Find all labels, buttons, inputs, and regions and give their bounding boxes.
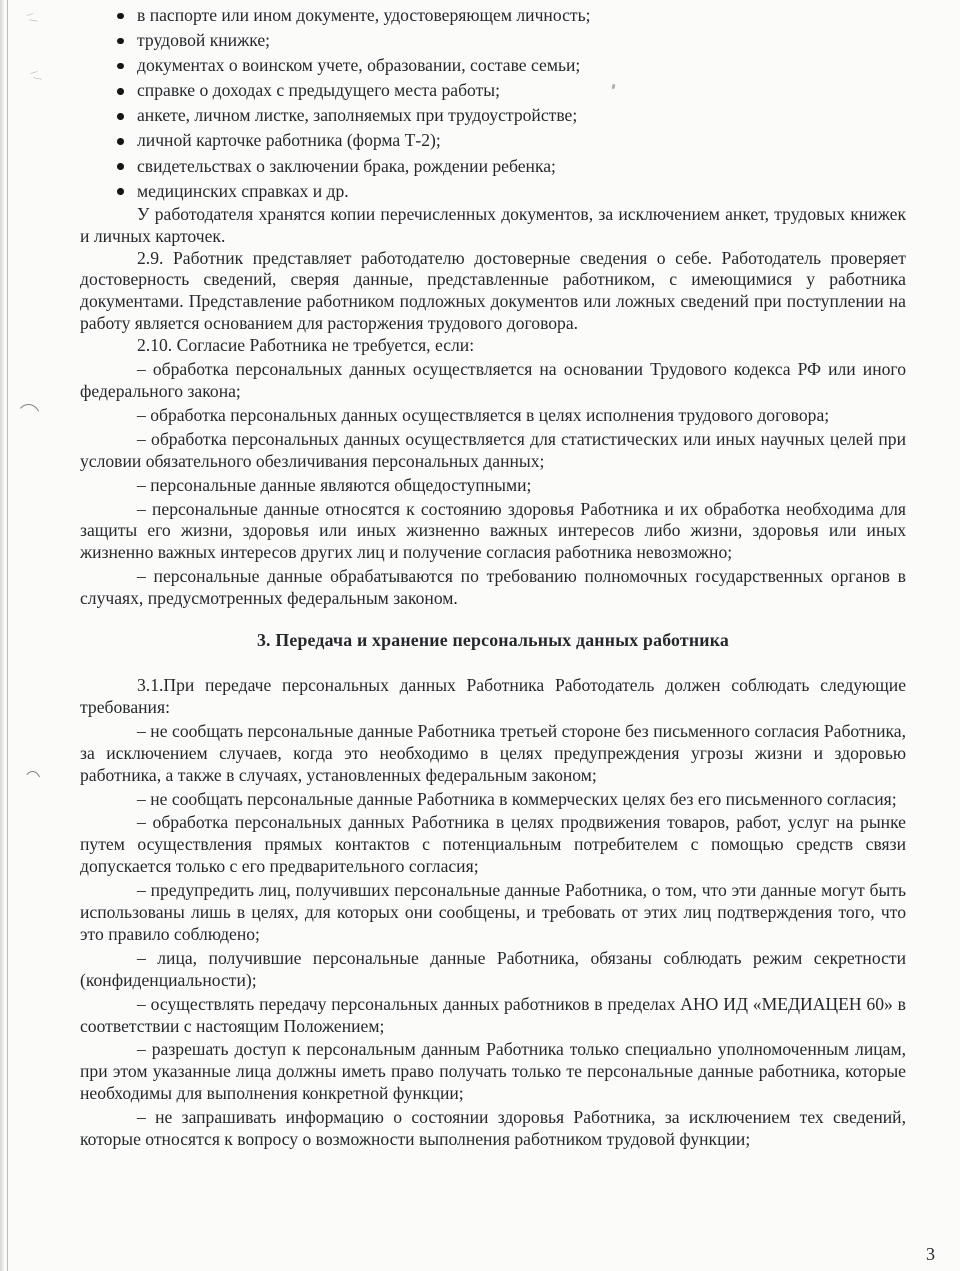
bullet-item: документах о воинском учете, образовании… [80, 53, 906, 78]
bullet-item: свидетельствах о заключении брака, рожде… [80, 154, 906, 179]
dash-item-2-10: – персональные данные являются общедосту… [80, 475, 906, 497]
pencil-mark [26, 14, 38, 20]
dash-item-3-1: – предупредить лиц, получивших персональ… [80, 880, 906, 946]
bullet-item: справке о доходах с предыдущего места ра… [80, 78, 906, 103]
bullet-item: трудовой книжке; [80, 28, 906, 53]
pen-arc-mark [16, 404, 41, 419]
scanned-document-page: в паспорте или ином документе, удостовер… [0, 0, 960, 1271]
paragraph-copies-note: У работодателя хранятся копии перечислен… [80, 204, 906, 248]
dash-item-3-1: – не сообщать персональные данные Работн… [80, 789, 906, 811]
bullet-item: личной карточке работника (форма Т-2); [80, 128, 906, 153]
paragraph-2-10-intro: 2.10. Согласие Работника не требуется, е… [80, 335, 906, 357]
dash-item-2-10: – обработка персональных данных осуществ… [80, 429, 906, 473]
dash-item-2-10: – персональные данные обрабатываются по … [80, 566, 906, 610]
dash-item-3-1: – осуществлять передачу персональных дан… [80, 994, 906, 1038]
dash-item-2-10: – обработка персональных данных осуществ… [80, 405, 906, 427]
dash-item-3-1: – не запрашивать информацию о состоянии … [80, 1107, 906, 1151]
dash-item-2-10: – обработка персональных данных осуществ… [80, 359, 906, 403]
paragraph-2-9: 2.9. Работник представляет работодателю … [80, 248, 906, 336]
documents-bullet-list: в паспорте или ином документе, удостовер… [80, 3, 906, 204]
dash-item-3-1: – разрешать доступ к персональным данным… [80, 1039, 906, 1105]
paragraph-3-1-intro: 3.1.При передаче персональных данных Раб… [80, 675, 906, 719]
document-body: в паспорте или ином документе, удостовер… [80, 3, 906, 1151]
bullet-item: медицинских справках и др. [80, 179, 906, 204]
dash-item-3-1: – обработка персональных данных Работник… [80, 812, 906, 878]
dash-item-3-1: – не сообщать персональные данные Работн… [80, 721, 906, 787]
bullet-item: в паспорте или ином документе, удостовер… [80, 3, 906, 28]
scan-edge-shade [0, 0, 4, 1271]
section-3-heading: 3. Передача и хранение персональных данн… [80, 630, 906, 652]
dash-item-2-10: – персональные данные относятся к состоя… [80, 499, 906, 565]
scanner-edge-line [7, 0, 8, 1271]
pencil-mark [30, 72, 42, 78]
dash-item-3-1: – лица, получившие персональные данные Р… [80, 948, 906, 992]
pen-arc-mark [23, 771, 42, 786]
bullet-item: анкете, личном листке, заполняемых при т… [80, 103, 906, 128]
page-number: 3 [926, 1244, 935, 1265]
